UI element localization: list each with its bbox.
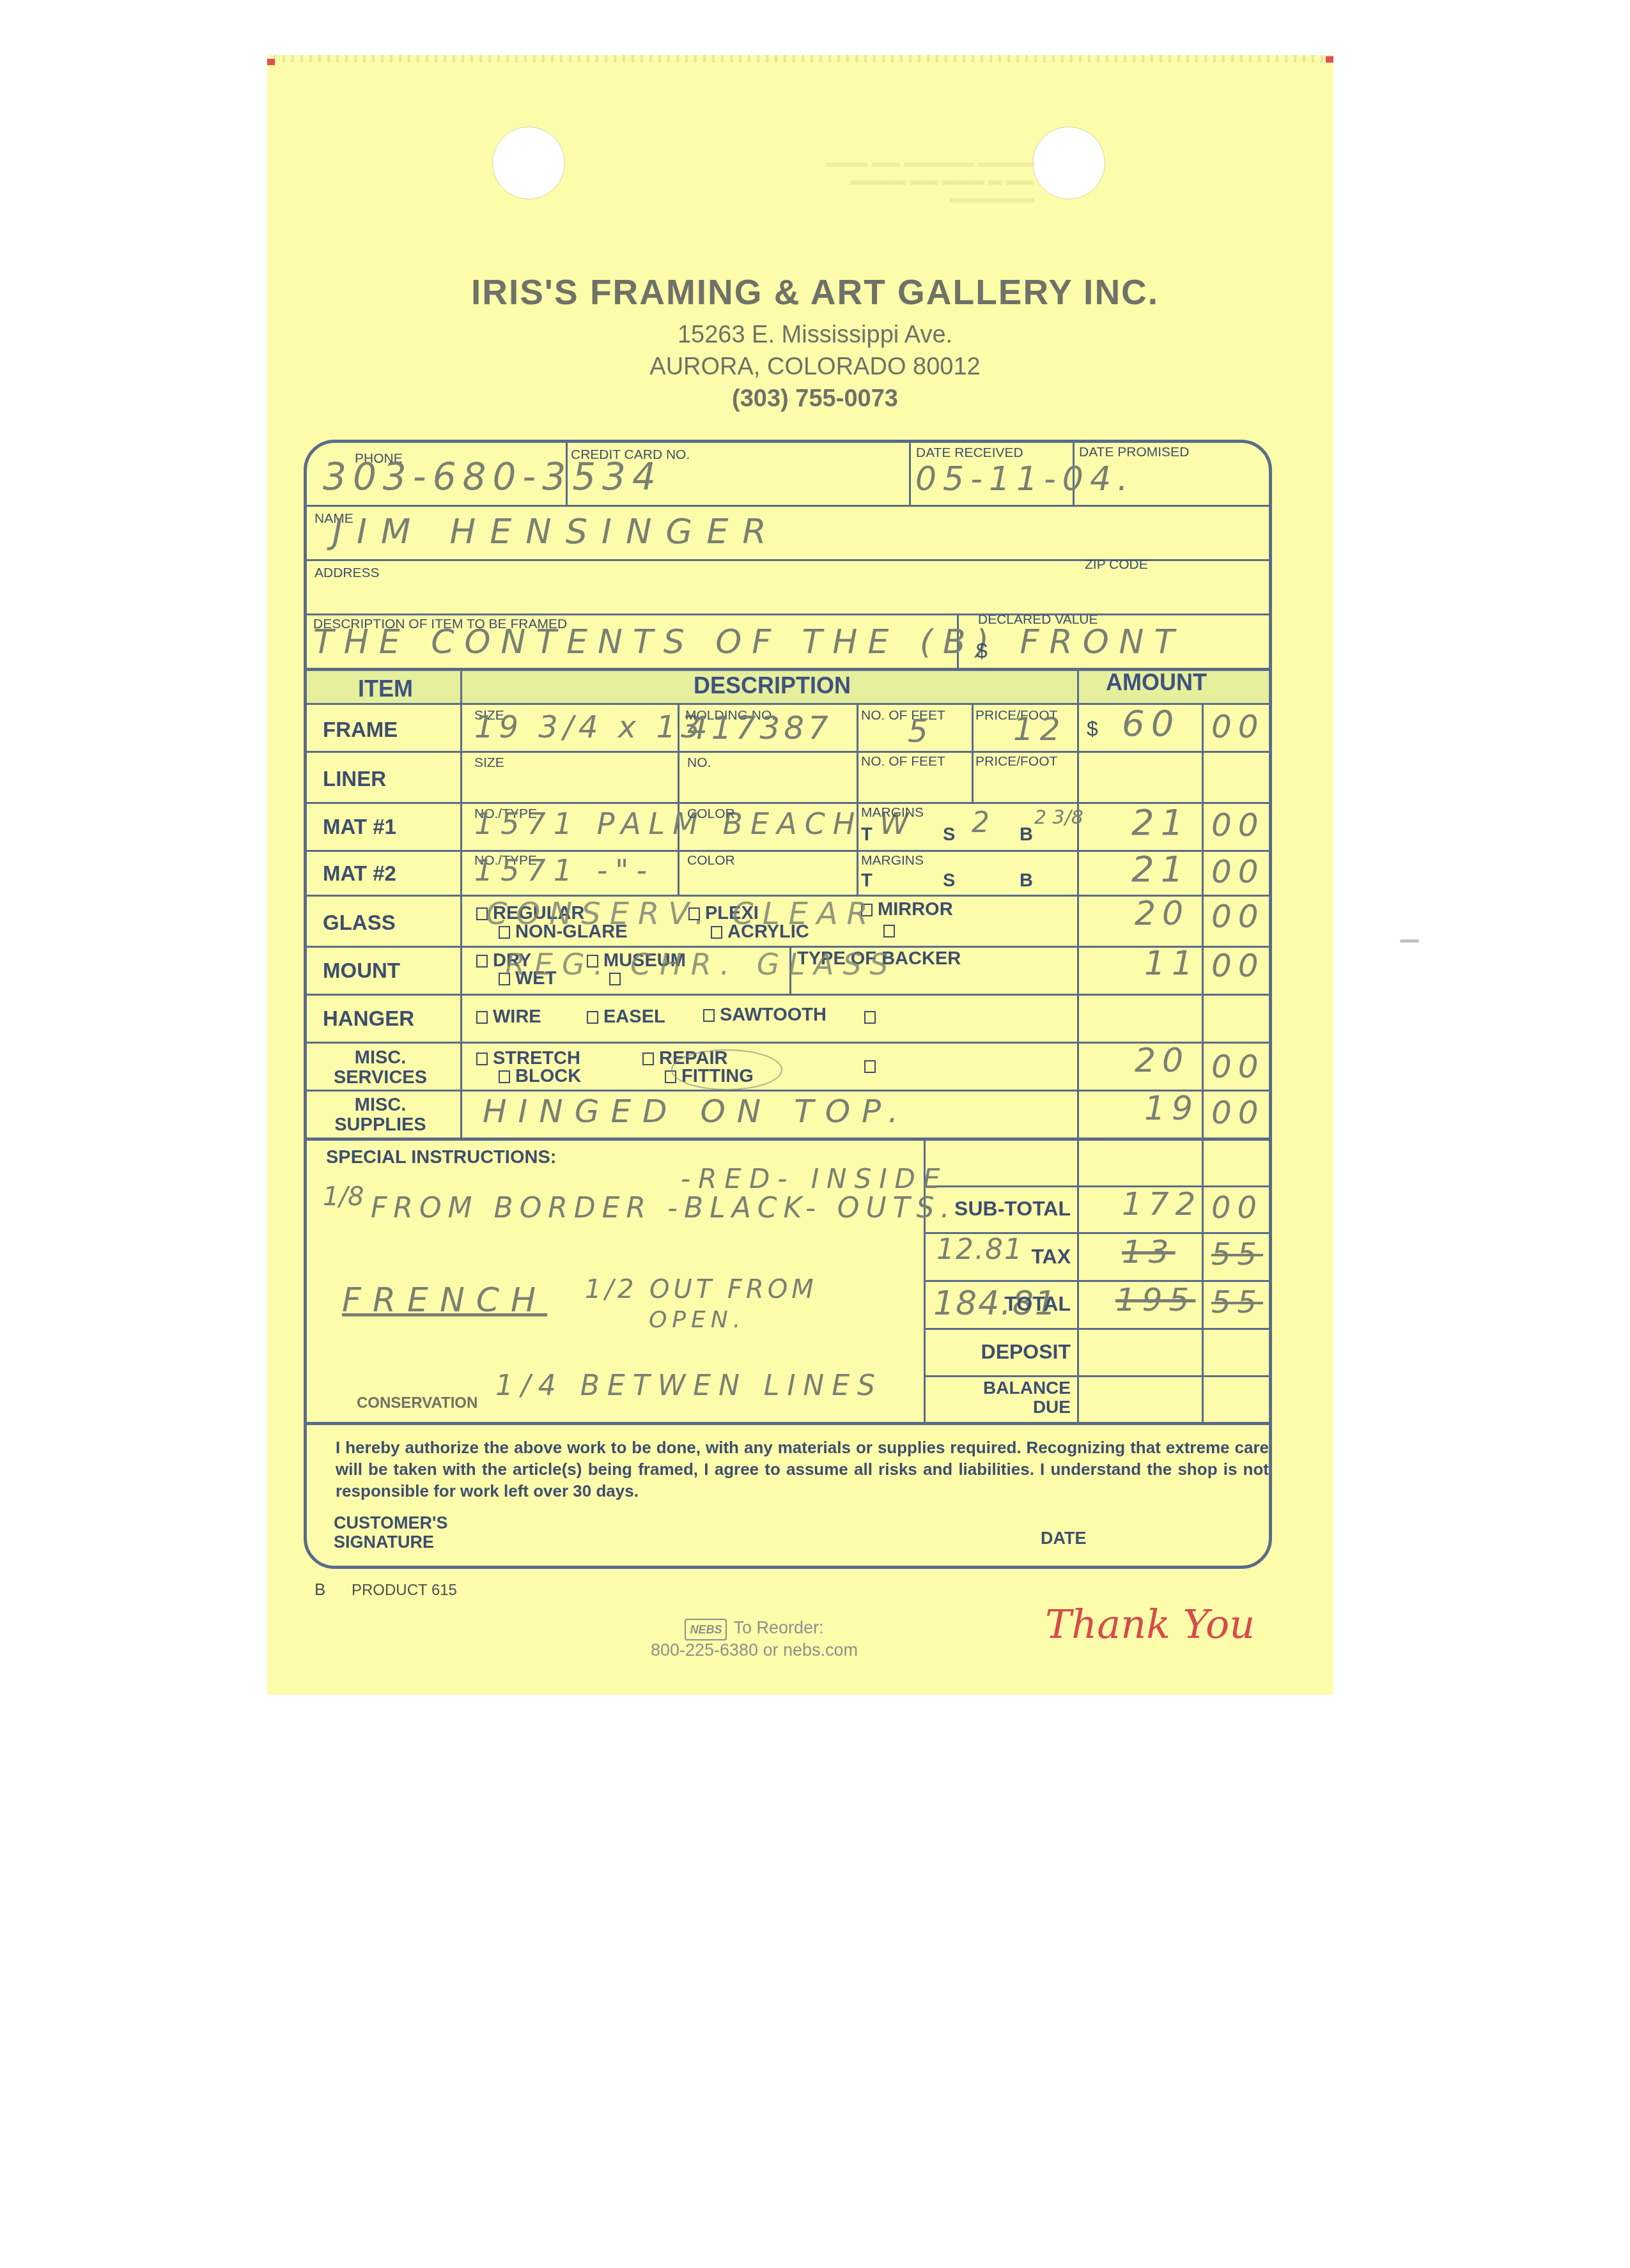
divider — [306, 850, 1271, 852]
divider — [972, 703, 974, 802]
business-address-line1: 15263 E. Mississippi Ave. — [0, 321, 1630, 349]
customer-signature-label: CUSTOMER'SSIGNATURE — [334, 1513, 447, 1552]
declared-value-currency: $ — [976, 639, 988, 663]
mount-label: MOUNT — [323, 959, 400, 983]
divider — [306, 1042, 1271, 1044]
checkbox-icon — [476, 1053, 488, 1065]
mat2-amount-cents[interactable]: 00 — [1211, 853, 1265, 890]
copy-letter: B — [314, 1580, 325, 1600]
misc-supplies-label: MISC.SUPPLIES — [323, 1095, 438, 1135]
business-address-line2: AURORA, COLORADO 80012 — [0, 353, 1630, 381]
divider — [306, 505, 1271, 507]
special-instructions-label: SPECIAL INSTRUCTIONS: — [326, 1147, 556, 1168]
mount-handwritten-note[interactable]: REG. CHR. GLASS — [505, 947, 897, 982]
binder-hole-left — [492, 127, 565, 199]
mat1-margin-side-label: S — [943, 824, 955, 845]
hanger-other-checkbox[interactable] — [864, 1007, 881, 1028]
divider — [306, 1138, 1271, 1141]
mat1-margins-label: MARGINS — [861, 805, 924, 821]
glass-handwritten-note[interactable]: CONSERV. CLEAR — [486, 896, 877, 932]
name-field[interactable]: JIM HENSINGER — [332, 511, 780, 552]
misc-other-checkbox[interactable] — [864, 1056, 881, 1077]
total-cents[interactable]: 55 — [1211, 1284, 1263, 1320]
tax-cents[interactable]: 55 — [1211, 1237, 1263, 1272]
divider — [306, 1422, 1271, 1425]
mount-amount-cents[interactable]: 00 — [1211, 947, 1265, 984]
divider — [924, 1328, 1272, 1330]
frame-feet-field[interactable]: 5 — [908, 713, 935, 750]
mat2-margin-top-label: T — [861, 870, 873, 891]
misc-block-checkbox[interactable]: BLOCK — [499, 1066, 581, 1087]
mat2-type-field[interactable]: 1571 -"- — [474, 853, 655, 888]
balance-due-field[interactable] — [1080, 1378, 1269, 1420]
mat2-amount-dollars[interactable]: 21 — [1131, 849, 1190, 890]
mat2-margin-bottom-label: B — [1020, 870, 1033, 891]
mat1-color-label: COLOR — [687, 806, 735, 822]
credit-card-label: CREDIT CARD NO. — [571, 447, 690, 463]
showthrough-text: ▬▬▬ ▬▬ ▬▬▬▬▬ ▬▬▬▬▬▬▬▬ ▬▬ ▬▬▬ ▬ ▬▬▬▬▬▬▬▬ — [651, 153, 1034, 207]
customer-signature-field[interactable] — [460, 1515, 1004, 1553]
declared-value-label: DECLARED VALUE — [978, 612, 1098, 628]
divider — [306, 751, 1271, 753]
frame-size-field[interactable]: 19 3/4 x 13 — [474, 709, 706, 745]
divider — [306, 613, 1271, 615]
conservation-label: CONSERVATION — [357, 1394, 477, 1412]
business-name: IRIS'S FRAMING & ART GALLERY INC. — [0, 272, 1630, 312]
zip-code-field[interactable] — [1085, 575, 1264, 610]
mat1-margin-side-field[interactable]: 2 — [972, 806, 996, 839]
mat1-amount-dollars[interactable]: 21 — [1131, 802, 1190, 844]
date-received-label: DATE RECEIVED — [916, 445, 1023, 461]
liner-label: LINER — [323, 767, 386, 791]
mat2-label: MAT #2 — [323, 861, 396, 886]
address-field[interactable] — [314, 582, 1069, 610]
mat1-amount-cents[interactable]: 00 — [1211, 806, 1265, 844]
liner-feet-label: NO. OF FEET — [861, 754, 945, 769]
mat2-margins-label: MARGINS — [861, 853, 924, 868]
misc-services-label: MISC.SERVICES — [323, 1048, 438, 1088]
dollar-sign: $ — [1087, 717, 1098, 741]
subtotal-dollars[interactable]: 172 — [1122, 1185, 1202, 1223]
mat2-color-label: COLOR — [687, 853, 735, 868]
checkbox-icon — [642, 1053, 654, 1065]
declared-value-field[interactable] — [997, 636, 1266, 665]
divider — [924, 1375, 1272, 1377]
amount-column-header: AMOUNT — [1106, 669, 1207, 696]
total-label: TOTAL — [927, 1292, 1071, 1316]
address-label: ADDRESS — [314, 566, 380, 581]
divider — [1202, 703, 1204, 1422]
divider — [924, 1280, 1272, 1282]
mat1-label: MAT #1 — [323, 815, 396, 839]
item-column-header: ITEM — [358, 675, 413, 702]
business-phone: (303) 755-0073 — [0, 385, 1630, 413]
glass-amount-dollars[interactable]: 20 — [1135, 895, 1190, 933]
misc-services-amount-dollars[interactable]: 20 — [1135, 1042, 1190, 1080]
liner-price-label: PRICE/FOOT — [975, 754, 1057, 769]
mat2-margin-side-label: S — [943, 870, 955, 891]
divider — [306, 802, 1271, 804]
checkbox-icon — [864, 1011, 876, 1024]
subtotal-cents[interactable]: 00 — [1211, 1190, 1263, 1226]
reorder-info: NEBSTo Reorder: 800-225-6380 or nebs.com — [614, 1618, 895, 1660]
mount-amount-dollars[interactable]: 11 — [1144, 945, 1199, 983]
divider — [306, 1090, 1271, 1092]
deposit-label: DEPOSIT — [927, 1340, 1071, 1364]
divider — [909, 442, 911, 505]
authorization-text: I hereby authorize the above work to be … — [336, 1437, 1269, 1502]
glass-other-checkbox[interactable] — [883, 920, 900, 941]
date-promised-field[interactable] — [1079, 463, 1264, 502]
balance-due-label: BALANCEDUE — [927, 1378, 1071, 1417]
frame-price-field[interactable]: 12 — [1013, 711, 1067, 748]
subtotal-label: SUB-TOTAL — [927, 1197, 1071, 1221]
product-number: PRODUCT 615 — [352, 1582, 457, 1600]
perforated-edge — [267, 55, 1333, 63]
divider — [460, 668, 462, 1138]
divider — [1077, 668, 1079, 1422]
divider — [306, 994, 1271, 996]
total-dollars[interactable]: 195 — [1115, 1281, 1195, 1318]
misc-supplies-amount-cents[interactable]: 00 — [1211, 1094, 1265, 1131]
mat1-margin-top-label: T — [861, 824, 873, 845]
special-instructions-field[interactable]: -RED- INSIDE 1/8 FROM BORDER -BLACK- OUT… — [316, 1179, 917, 1419]
misc-supplies-amount-dollars[interactable]: 19 — [1144, 1090, 1199, 1128]
misc-services-amount-cents[interactable]: 00 — [1211, 1048, 1265, 1085]
hanger-sawtooth-checkbox[interactable]: SAWTOOTH — [703, 1005, 827, 1026]
tax-label: TAX — [927, 1245, 1071, 1269]
binder-hole-right — [1032, 127, 1105, 199]
checkbox-icon — [476, 1011, 488, 1024]
mat1-margin-bottom-field[interactable]: 2 3/8 — [1034, 806, 1083, 829]
frame-label: FRAME — [323, 718, 398, 742]
deposit-field[interactable] — [1080, 1331, 1269, 1374]
molding-no-field[interactable]: 417387 — [687, 709, 832, 746]
glass-amount-cents[interactable]: 00 — [1211, 898, 1265, 935]
frame-amount-dollars[interactable]: 60 — [1122, 703, 1180, 744]
divider — [924, 1185, 1272, 1187]
corner-mark-right — [1326, 56, 1333, 63]
glass-label: GLASS — [323, 911, 396, 935]
checkbox-icon — [864, 1060, 876, 1073]
checkbox-icon — [883, 925, 895, 937]
checkbox-icon — [476, 955, 488, 968]
signature-date-field[interactable] — [1099, 1521, 1259, 1553]
checkbox-icon — [499, 1070, 510, 1083]
hanger-easel-checkbox[interactable]: EASEL — [587, 1007, 665, 1028]
nebs-logo-icon: NEBS — [685, 1619, 727, 1640]
hanger-label: HANGER — [323, 1007, 414, 1031]
frame-amount-cents[interactable]: 00 — [1211, 708, 1265, 745]
thank-you-script: Thank You — [1045, 1601, 1255, 1647]
date-promised-label: DATE PROMISED — [1079, 445, 1189, 460]
credit-card-field[interactable] — [571, 467, 903, 502]
date-label: DATE — [1041, 1529, 1087, 1548]
mat1-margin-bottom-label: B — [1020, 824, 1033, 845]
misc-supplies-field[interactable]: HINGED ON TOP. — [483, 1093, 910, 1130]
zip-code-label: ZIP CODE — [1085, 557, 1148, 573]
checkbox-icon — [703, 1009, 715, 1022]
fitting-circle-mark — [671, 1049, 782, 1090]
description-column-header: DESCRIPTION — [694, 672, 851, 699]
divider — [857, 703, 858, 895]
scan-smudge — [1400, 939, 1419, 943]
liner-size-label: SIZE — [474, 755, 504, 771]
hanger-wire-checkbox[interactable]: WIRE — [476, 1007, 541, 1028]
tax-dollars[interactable]: 13 — [1122, 1233, 1176, 1270]
checkbox-icon — [587, 1011, 598, 1024]
corner-mark-left — [267, 59, 275, 65]
liner-no-label: NO. — [687, 755, 711, 771]
